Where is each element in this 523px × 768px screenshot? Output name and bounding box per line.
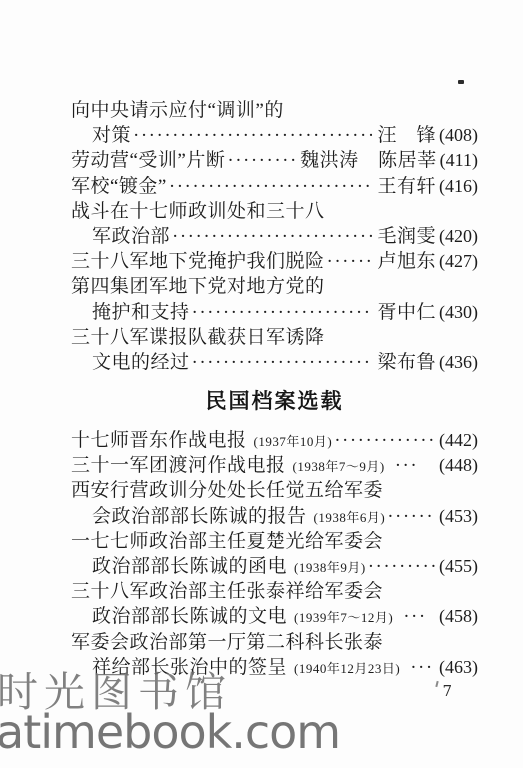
entry-title: 三十八军政治部主任张泰祥给军委会 bbox=[71, 579, 383, 604]
entry-title: 政治部部长陈诚的文电 bbox=[92, 604, 287, 629]
entry-authors: 卢旭东 bbox=[372, 249, 436, 274]
leader-dots-icon: ········································… bbox=[225, 148, 295, 173]
entry-date: (1937年10月) bbox=[247, 429, 333, 454]
entry-title: 会政治部部长陈诚的报告 bbox=[92, 504, 307, 529]
entry-authors: 胥中仁 bbox=[372, 300, 436, 325]
leader-dots-icon: ········································… bbox=[167, 174, 373, 199]
toc-entry: 一七七师政治部主任夏楚光给军委会 bbox=[71, 529, 478, 554]
leader-dots-icon: ········································… bbox=[325, 249, 373, 274]
toc-entry: 三十八军地下党掩护我们脱险 ··························… bbox=[71, 249, 478, 274]
entry-title: 掩护和支持 bbox=[92, 300, 190, 325]
leader-dots-icon: ··· bbox=[400, 655, 435, 680]
entry-title: 军校“镀金” bbox=[71, 174, 167, 199]
leader-dots-icon: ········································… bbox=[332, 428, 436, 453]
scan-artifact-speck bbox=[458, 80, 464, 84]
entry-page-number: (455) bbox=[436, 554, 478, 579]
toc-entry: 三十一军团渡河作战电报 (1938年7～9月) ··· (448) bbox=[71, 453, 478, 478]
toc-entry: 掩护和支持 ··································… bbox=[71, 300, 478, 325]
leader-dots-icon: ········································… bbox=[366, 554, 436, 579]
toc-entry: 文电的经过 ··································… bbox=[71, 350, 478, 375]
entry-title: 三十一军团渡河作战电报 bbox=[71, 453, 286, 478]
leader-dots-icon: ··· bbox=[393, 604, 428, 629]
entry-page-number: (420) bbox=[436, 224, 478, 249]
entry-date: (1938年7～9月) bbox=[286, 454, 385, 479]
toc-entry: 劳动营“受训”片断 ······························… bbox=[71, 148, 478, 173]
entry-authors: 魏洪涛 陈居莘 bbox=[295, 148, 437, 173]
table-of-contents: 向中央请示应付“调训”的 对策 ························… bbox=[71, 98, 478, 680]
entry-title: 政治部部长陈诚的函电 bbox=[92, 554, 287, 579]
leader-dots-icon: ········································… bbox=[190, 300, 373, 325]
entry-title: 对策 bbox=[92, 123, 131, 148]
toc-entry: 三十八军谍报队截获日军诱降 bbox=[71, 325, 478, 350]
entry-page-number: (453) bbox=[436, 504, 478, 529]
toc-section-archives: 十七师晋东作战电报 (1937年10月) ···················… bbox=[71, 428, 478, 680]
toc-entry: 十七师晋东作战电报 (1937年10月) ···················… bbox=[71, 428, 478, 453]
toc-entry: 军政治部 ···································… bbox=[71, 224, 478, 249]
entry-date: (1939年7～12月) bbox=[287, 605, 393, 630]
entry-title: 三十八军谍报队截获日军诱降 bbox=[71, 325, 325, 350]
entry-authors: 汪 锋 bbox=[372, 123, 436, 148]
scan-artifact-tick bbox=[435, 681, 438, 687]
page-number: 7 bbox=[442, 682, 452, 700]
toc-entry: 政治部部长陈诚的文电 (1939年7～12月) ··· (458) bbox=[71, 604, 478, 629]
entry-title: 劳动营“受训”片断 bbox=[71, 148, 225, 173]
toc-entry: 西安行营政训分处处长任觉五给军委 bbox=[71, 478, 478, 503]
toc-entry: 祥给部长张治中的签呈 (1940年12月23日) ··· (463) bbox=[71, 655, 478, 680]
entry-title: 西安行营政训分处处长任觉五给军委 bbox=[71, 478, 383, 503]
entry-title: 十七师晋东作战电报 bbox=[71, 428, 247, 453]
entry-page-number: (463) bbox=[436, 655, 478, 680]
entry-title: 向中央请示应付“调训”的 bbox=[71, 98, 284, 123]
leader-dots-icon: ········································… bbox=[131, 123, 372, 148]
entry-date: (1940年12月23日) bbox=[287, 656, 400, 681]
leader-dots-icon: ········································… bbox=[190, 350, 373, 375]
entry-page-number: (442) bbox=[436, 428, 478, 453]
entry-title: 文电的经过 bbox=[92, 350, 190, 375]
entry-page-number: (427) bbox=[436, 249, 478, 274]
leader-dots-icon: ········································… bbox=[385, 504, 436, 529]
toc-entry: 军校“镀金” ·································… bbox=[71, 174, 478, 199]
entry-title: 一七七师政治部主任夏楚光给军委会 bbox=[71, 529, 383, 554]
toc-entry: 三十八军政治部主任张泰祥给军委会 bbox=[71, 579, 478, 604]
toc-entry: 对策 ·····································… bbox=[71, 123, 478, 148]
leader-dots-icon: ··· bbox=[385, 453, 420, 478]
watermark-site-url: atimebook.com bbox=[0, 705, 340, 759]
entry-page-number: (411) bbox=[437, 148, 478, 173]
entry-authors: 王有轩 bbox=[372, 174, 436, 199]
toc-entry: 会政治部部长陈诚的报告 (1938年6月) ··················… bbox=[71, 504, 478, 529]
entry-title: 祥给部长张治中的签呈 bbox=[92, 655, 287, 680]
entry-date: (1938年9月) bbox=[287, 555, 366, 580]
entry-page-number: (458) bbox=[436, 604, 478, 629]
toc-section-memoirs: 向中央请示应付“调训”的 对策 ························… bbox=[71, 98, 478, 375]
entry-title: 军委会政治部第一厅第二科科长张泰 bbox=[71, 630, 383, 655]
entry-date: (1938年6月) bbox=[307, 505, 386, 530]
toc-entry: 政治部部长陈诚的函电 (1938年9月) ···················… bbox=[71, 554, 478, 579]
toc-entry: 战斗在十七师政训处和三十八 bbox=[71, 199, 478, 224]
entry-page-number: (416) bbox=[436, 174, 478, 199]
leader-dots-icon: ········································… bbox=[170, 224, 372, 249]
entry-page-number: (408) bbox=[436, 123, 478, 148]
toc-entry: 向中央请示应付“调训”的 bbox=[71, 98, 478, 123]
entry-page-number: (448) bbox=[436, 453, 478, 478]
entry-title: 三十八军地下党掩护我们脱险 bbox=[71, 249, 325, 274]
toc-entry: 第四集团军地下党对地方党的 bbox=[71, 274, 478, 299]
entry-page-number: (430) bbox=[436, 300, 478, 325]
entry-authors: 梁布鲁 bbox=[372, 350, 436, 375]
entry-title: 军政治部 bbox=[92, 224, 170, 249]
entry-title: 战斗在十七师政训处和三十八 bbox=[71, 199, 325, 224]
toc-entry: 军委会政治部第一厅第二科科长张泰 bbox=[71, 630, 478, 655]
entry-title: 第四集团军地下党对地方党的 bbox=[71, 274, 325, 299]
section-heading: 民国档案选载 bbox=[71, 390, 478, 414]
entry-page-number: (436) bbox=[436, 350, 478, 375]
entry-authors: 毛润雯 bbox=[372, 224, 436, 249]
